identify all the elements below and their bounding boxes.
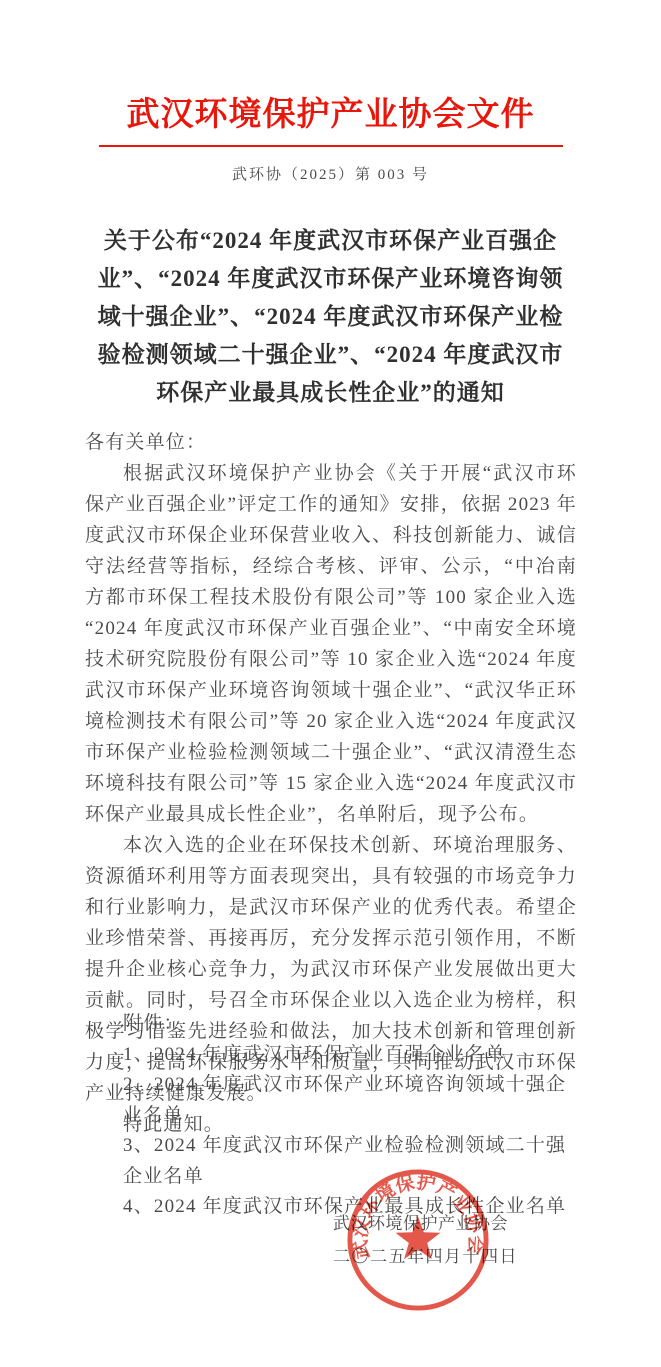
body-paragraph-1: 根据武汉环境保护产业协会《关于开展“武汉市环保产业百强企业”评定工作的通知》安排… xyxy=(85,458,577,830)
document-title: 关于公布“2024 年度武汉市环保产业百强企业”、“2024 年度武汉市环保产业… xyxy=(86,222,575,412)
document-page: 武汉环境保护产业协会文件 武环协（2025）第 003 号 关于公布“2024 … xyxy=(0,0,661,1367)
header-divider-line xyxy=(99,145,563,147)
document-header-title: 武汉环境保护产业协会文件 xyxy=(0,88,661,135)
attachment-item-1: 1、2024 年度武汉市环保产业百强企业名单 xyxy=(85,1040,577,1071)
attachment-item-2: 2、2024 年度武汉市环保产业环境咨询领域十强企业名单 xyxy=(85,1070,577,1131)
attachment-item-3: 3、2024 年度武汉市环保产业检验检测领域二十强企业名单 xyxy=(85,1131,577,1192)
salutation: 各有关单位： xyxy=(85,427,577,458)
document-number: 武环协（2025）第 003 号 xyxy=(0,163,661,184)
attachments-section: 附件： 1、2024 年度武汉市环保产业百强企业名单 2、2024 年度武汉市环… xyxy=(85,1009,577,1223)
seal-star-icon xyxy=(396,1216,441,1259)
attachments-label: 附件： xyxy=(85,1009,577,1040)
official-seal: 武汉环境保护产业协会 xyxy=(343,1165,493,1315)
